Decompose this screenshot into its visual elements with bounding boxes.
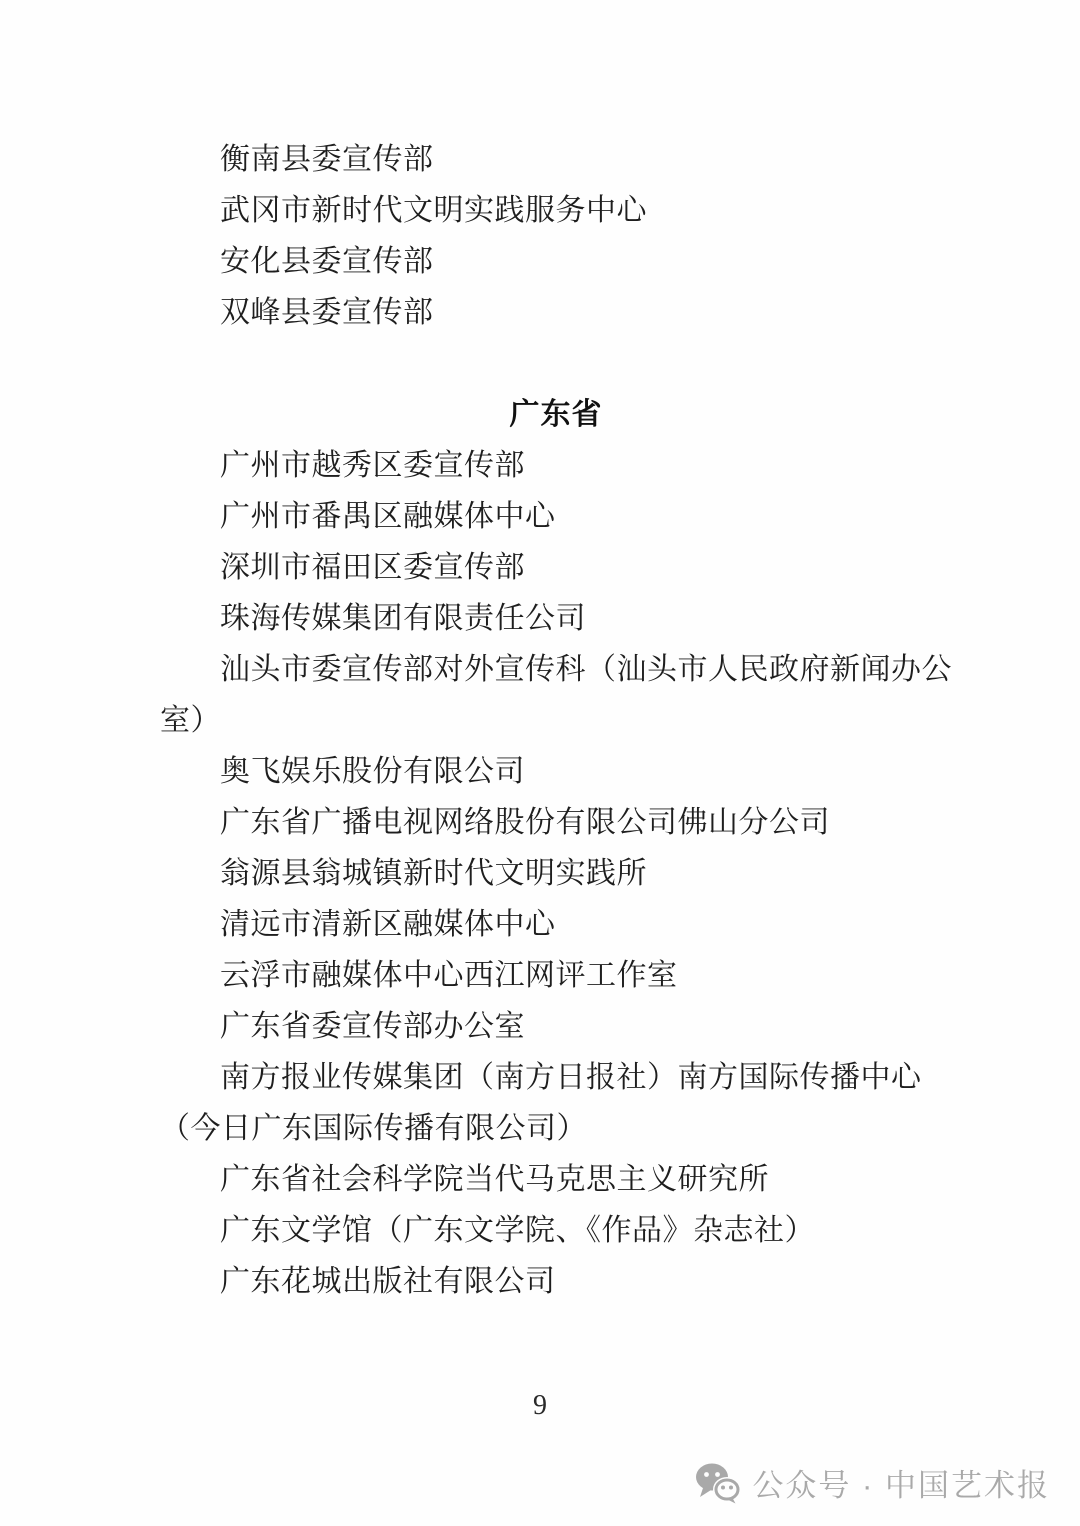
org-item: 南方报业传媒集团（南方日报社）南方国际传播中心（今日广东国际传播有限公司） [160,1052,952,1154]
org-item: 广东省社会科学院当代马克思主义研究所 [160,1154,952,1205]
org-item: 广州市番禺区融媒体中心 [160,491,952,542]
wechat-icon [694,1462,740,1504]
org-item: 广东花城出版社有限公司 [160,1256,952,1307]
page-number: 9 [0,1390,1080,1422]
leading-org-list: 衡南县委宣传部 武冈市新时代文明实践服务中心 安化县委宣传部 双峰县委宣传部 [160,134,952,338]
watermark-label: 公众号 · 中国艺术报 [752,1460,1050,1505]
org-item: 珠海传媒集团有限责任公司 [160,593,952,644]
org-item: 广东省广播电视网络股份有限公司佛山分公司 [160,797,952,848]
organization-list: 衡南县委宣传部 武冈市新时代文明实践服务中心 安化县委宣传部 双峰县委宣传部 广… [160,134,952,1307]
org-item: 双峰县委宣传部 [160,287,952,338]
document-page: 衡南县委宣传部 武冈市新时代文明实践服务中心 安化县委宣传部 双峰县委宣传部 广… [0,0,1080,1526]
section-org-list: 广州市越秀区委宣传部 广州市番禺区融媒体中心 深圳市福田区委宣传部 珠海传媒集团… [160,440,952,1307]
org-item: 广州市越秀区委宣传部 [160,440,952,491]
org-item: 广东文学馆（广东文学院、《作品》杂志社） [160,1205,952,1256]
org-item: 广东省委宣传部办公室 [160,1001,952,1052]
org-item: 安化县委宣传部 [160,236,952,287]
watermark: 公众号 · 中国艺术报 [694,1460,1050,1505]
org-item: 衡南县委宣传部 [160,134,952,185]
org-item: 云浮市融媒体中心西江网评工作室 [160,950,952,1001]
org-item: 奥飞娱乐股份有限公司 [160,746,952,797]
org-item: 翁源县翁城镇新时代文明实践所 [160,848,952,899]
section-heading-guangdong: 广东省 [160,389,952,440]
org-item: 汕头市委宣传部对外宣传科（汕头市人民政府新闻办公室） [160,644,952,746]
org-item: 深圳市福田区委宣传部 [160,542,952,593]
org-item: 清远市清新区融媒体中心 [160,899,952,950]
org-item: 武冈市新时代文明实践服务中心 [160,185,952,236]
